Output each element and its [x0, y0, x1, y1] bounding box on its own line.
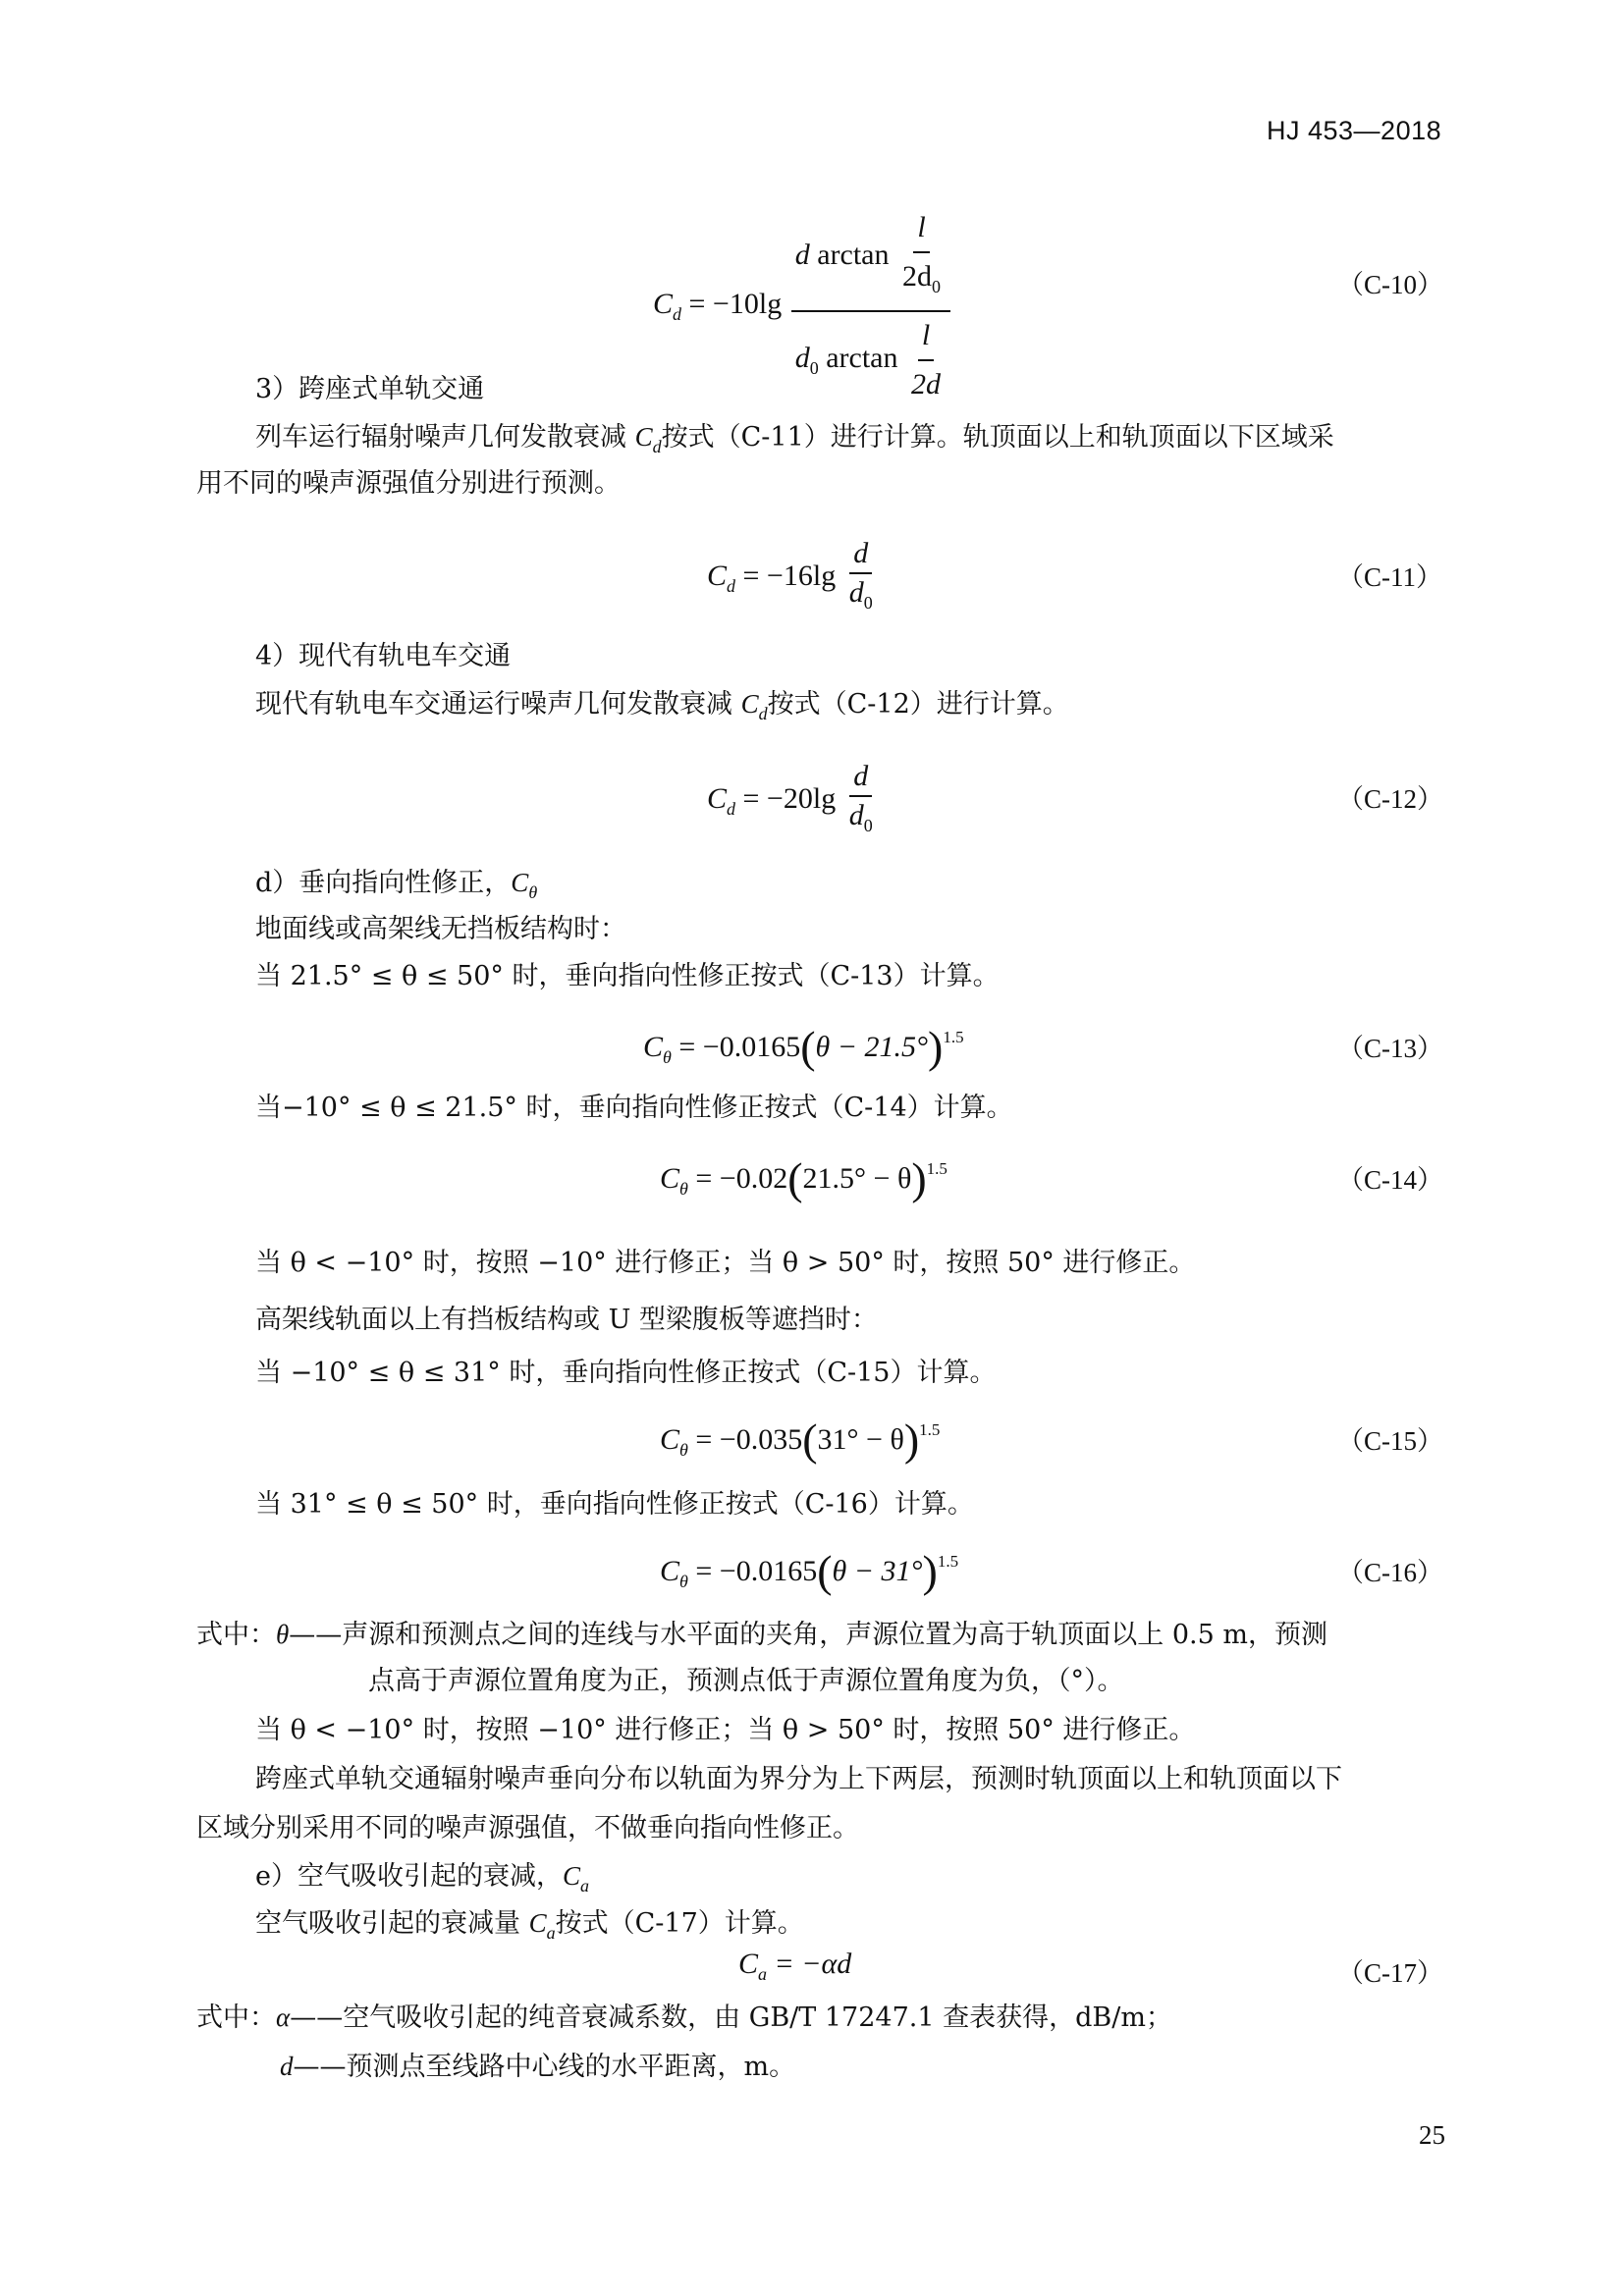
c14-condition: 当−10° ≤ θ ≤ 21.5° 时，垂向指向性修正按式（C-14）计算。: [255, 1092, 1013, 1125]
theta-definition-line1: 式中：θ——声源和预测点之间的连线与水平面的夹角，声源位置为高于轨顶面以上 0.…: [196, 1618, 1327, 1652]
equation-c10: Cd = −10lg d arctan l2d0 d0 arctan l2d: [653, 204, 952, 408]
equation-number-c16: （C-16）: [1337, 1551, 1443, 1589]
shield-condition: 高架线轨面以上有挡板结构或 U 型梁腹板等遮挡时：: [255, 1304, 878, 1337]
equation-c17: Ca = −αd: [738, 1948, 851, 1985]
limit-note-2: 当 θ < −10° 时，按照 −10° 进行修正；当 θ > 50° 时，按照…: [255, 1714, 1195, 1747]
equation-c15: Cθ = −0.035(31° − θ)1.5: [660, 1414, 940, 1466]
ground-line-condition: 地面线或高架线无挡板结构时：: [255, 913, 626, 946]
equation-number-c10: （C-10）: [1337, 263, 1443, 301]
c10-main-fraction: d arctan l2d0 d0 arctan l2d: [791, 204, 950, 408]
c13-condition: 当 21.5° ≤ θ ≤ 50° 时，垂向指向性修正按式（C-13）计算。: [255, 960, 1000, 993]
c16-condition: 当 31° ≤ θ ≤ 50° 时，垂向指向性修正按式（C-16）计算。: [255, 1488, 974, 1522]
section-d-title: d）垂向指向性修正，Cθ: [255, 866, 537, 909]
equation-c12: Cd = −20lg dd0: [707, 758, 879, 844]
section-4-title: 4）现代有轨电车交通: [255, 640, 511, 673]
section-3-paragraph-line2: 用不同的噪声源强值分别进行预测。: [196, 467, 621, 501]
document-page: HJ 453—2018 Cd = −10lg d arctan l2d0 d0 …: [0, 0, 1624, 2296]
equation-number-c11: （C-11）: [1337, 556, 1442, 594]
alpha-definition: 式中：α——空气吸收引起的纯音衰减系数，由 GB/T 17247.1 查表获得，…: [196, 2001, 1172, 2035]
section-3-title: 3）跨座式单轨交通: [255, 373, 484, 406]
limit-note-1: 当 θ < −10° 时，按照 −10° 进行修正；当 θ > 50° 时，按照…: [255, 1247, 1195, 1280]
standard-code-header: HJ 453—2018: [1267, 116, 1441, 146]
equation-c13: Cθ = −0.0165(θ − 21.5°)1.5: [643, 1021, 964, 1073]
equation-number-c14: （C-14）: [1337, 1158, 1443, 1197]
theta-definition-line2: 点高于声源位置角度为正，预测点低于声源位置角度为负，（°）。: [368, 1665, 1124, 1698]
monorail-paragraph-line2: 区域分别采用不同的噪声源强值，不做垂向指向性修正。: [196, 1812, 859, 1845]
section-e-paragraph: 空气吸收引起的衰减量 Ca按式（C-17）计算。: [255, 1906, 804, 1949]
c15-condition: 当 −10° ≤ θ ≤ 31° 时，垂向指向性修正按式（C-15）计算。: [255, 1357, 996, 1390]
equation-number-c12: （C-12）: [1337, 777, 1443, 816]
section-3-paragraph-line1: 列车运行辐射噪声几何发散衰减 Cd按式（C-11）进行计算。轨顶面以上和轨顶面以…: [255, 420, 1334, 463]
section-4-paragraph: 现代有轨电车交通运行噪声几何发散衰减 Cd按式（C-12）进行计算。: [255, 687, 1069, 730]
equation-c11: Cd = −16lg dd0: [707, 535, 879, 621]
equation-number-c17: （C-17）: [1337, 1951, 1443, 1990]
equation-number-c15: （C-15）: [1337, 1419, 1443, 1458]
section-e-title: e）空气吸收引起的衰减，Ca: [255, 1859, 589, 1902]
d-definition: d——预测点至线路中心线的水平距离，m。: [280, 2050, 795, 2084]
equation-c16: Cθ = −0.0165(θ − 31°)1.5: [660, 1545, 958, 1597]
monorail-paragraph-line1: 跨座式单轨交通辐射噪声垂向分布以轨面为界分为上下两层，预测时轨顶面以上和轨顶面以…: [255, 1763, 1342, 1796]
equation-c14: Cθ = −0.02(21.5° − θ)1.5: [660, 1152, 947, 1204]
page-number: 25: [1419, 2120, 1445, 2151]
equation-number-c13: （C-13）: [1337, 1027, 1443, 1065]
